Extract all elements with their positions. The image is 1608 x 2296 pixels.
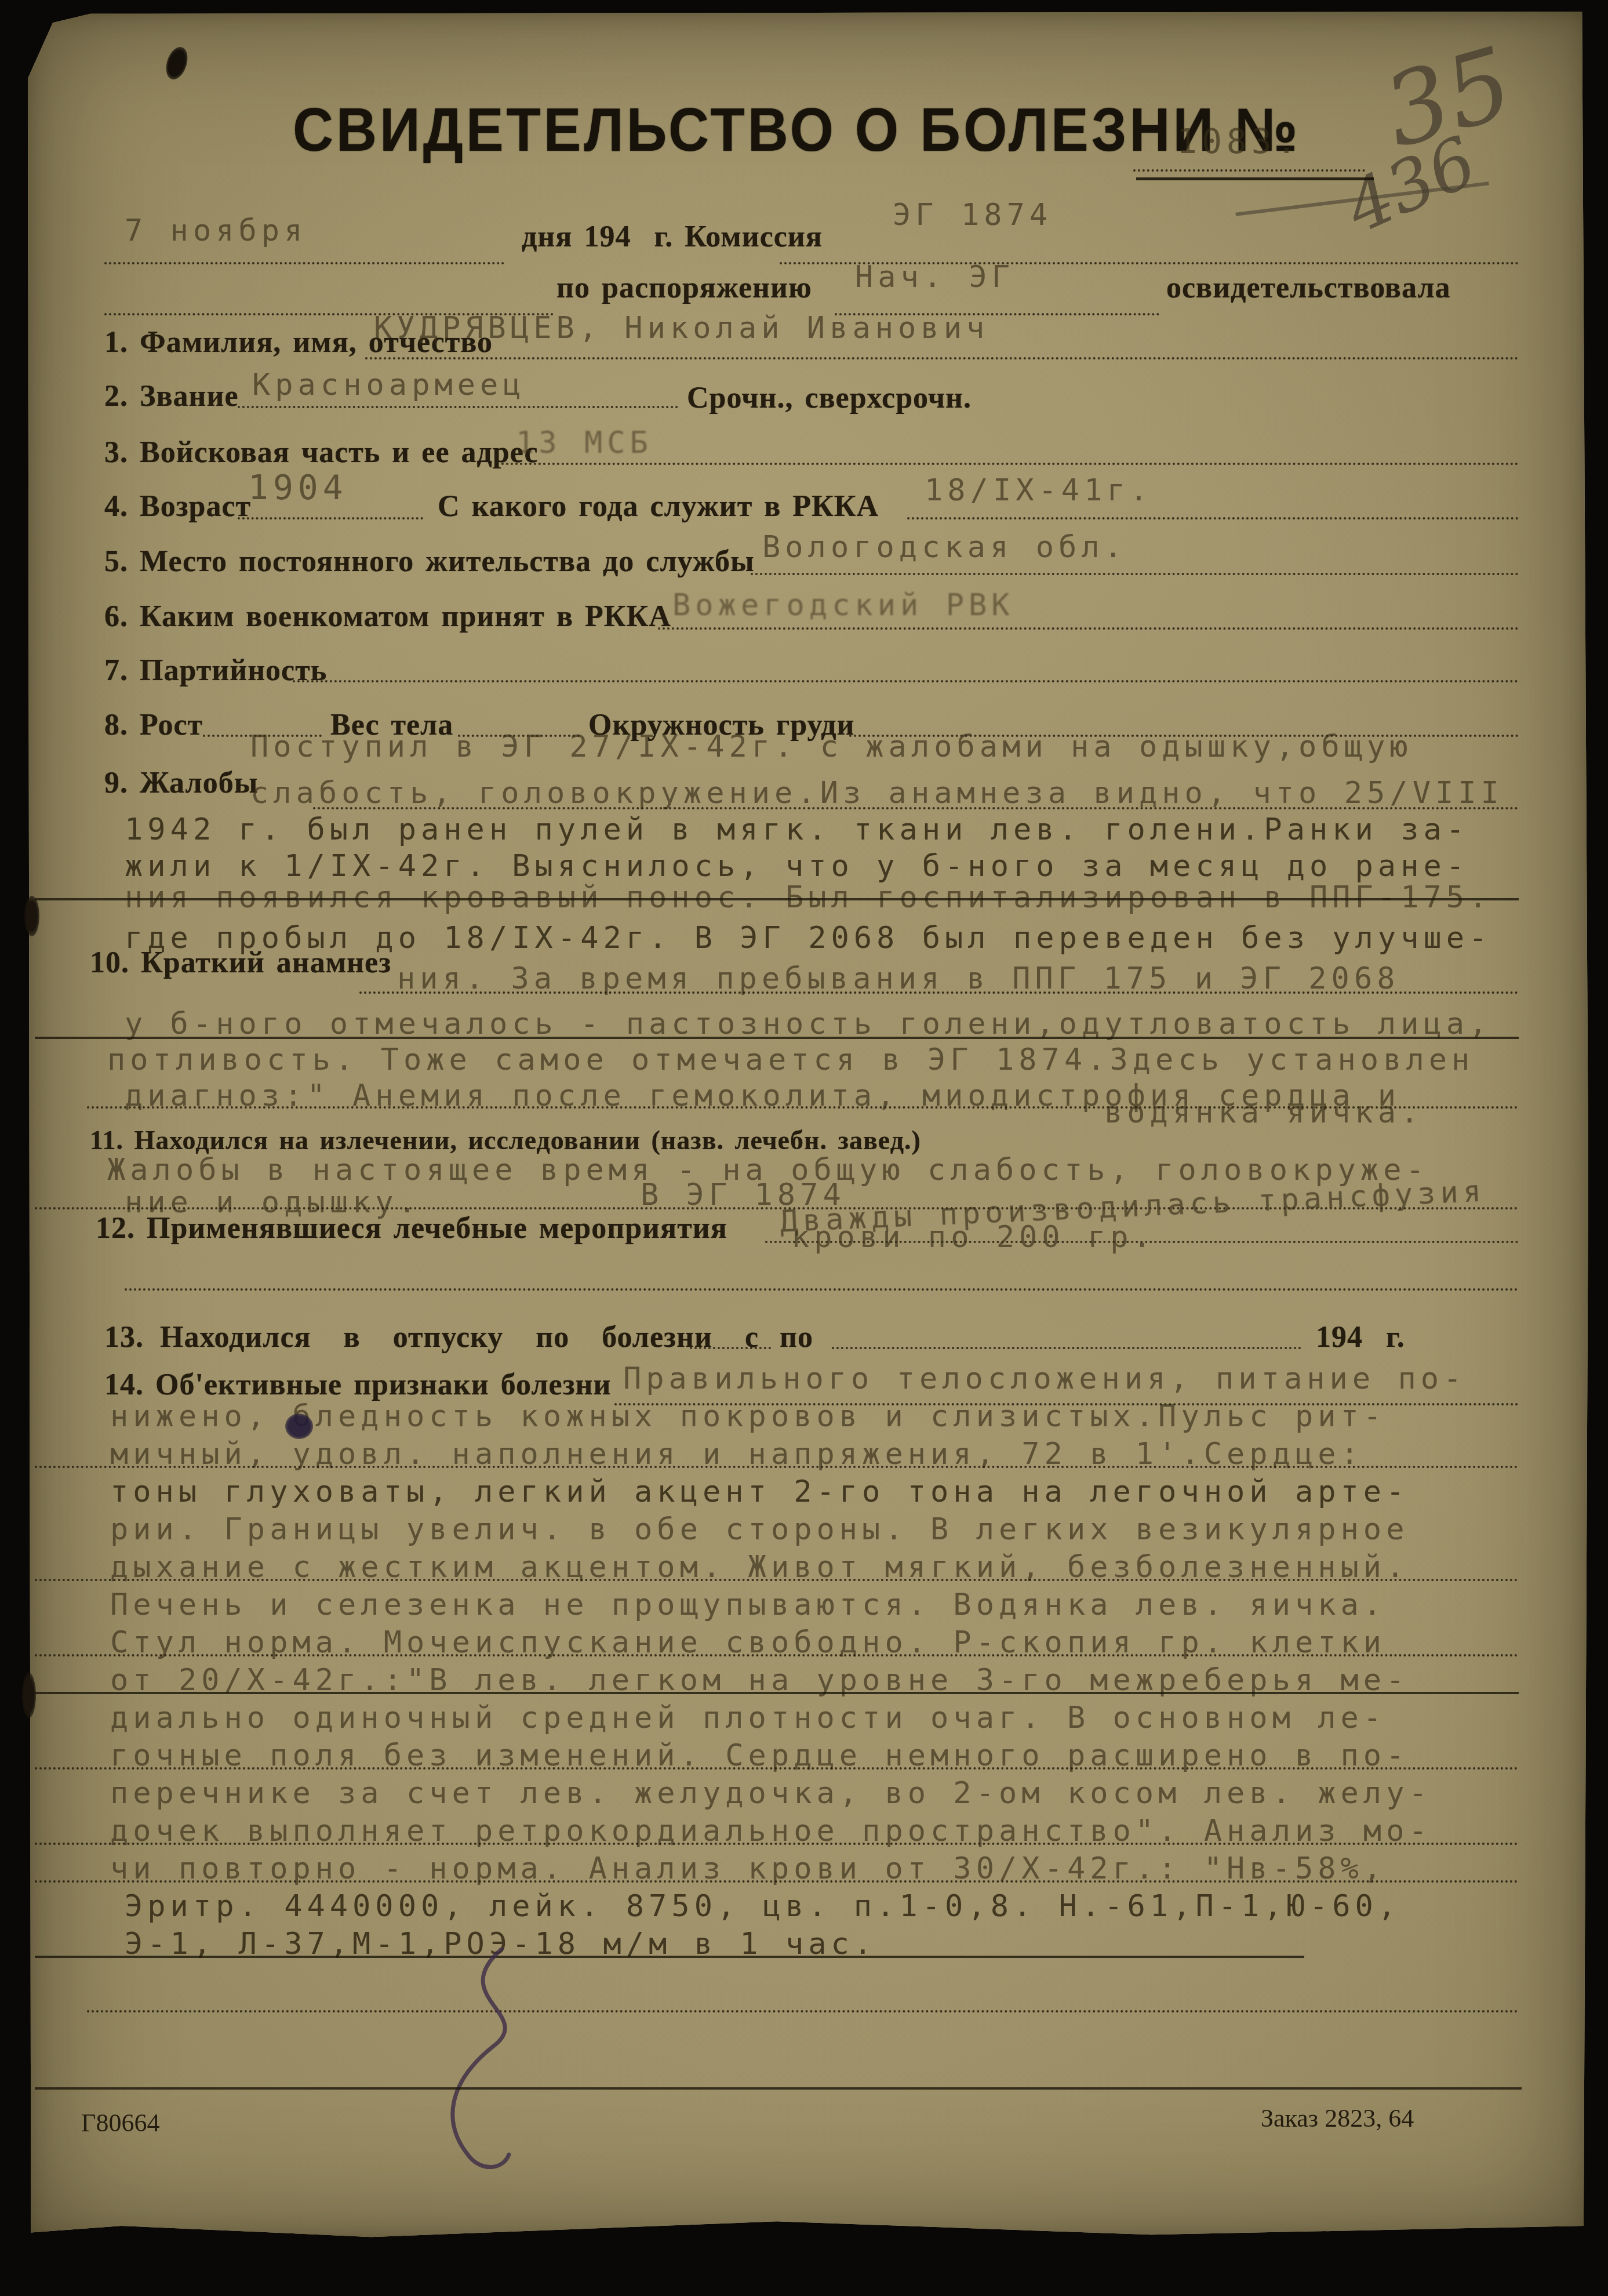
field-3-value: 13 МСБ [516, 428, 653, 458]
field-10-label: 10. Краткий анамнез [90, 946, 391, 979]
ruled-line [35, 898, 1519, 900]
typed-line: от 20/X-42г.:"В лев. легком на уровне 3-… [110, 1665, 1409, 1695]
field-6-label: 6. Каким военкоматом принят в РККА [104, 600, 671, 633]
certificate-number: 1083. [1177, 125, 1301, 158]
field-3-rule [501, 463, 1519, 465]
typed-line: дыхание с жестким акцентом. Живот мягкий… [110, 1552, 1409, 1582]
typed-line: потливость. Тоже самое отмечается в ЭГ 1… [107, 1045, 1474, 1075]
ruled-line [35, 1880, 1519, 1883]
field-13-mid-label: по [780, 1321, 813, 1354]
typed-line: дочек выполняет ретрокордиальное простра… [110, 1816, 1432, 1846]
field-6-rule [658, 627, 1519, 630]
ruled-line [35, 1767, 1519, 1770]
typed-line: Поступил в ЭГ 27/IX-42г. с жалобами на о… [250, 732, 1413, 762]
field-4-rule-right [907, 517, 1519, 519]
ink-blot [285, 1414, 313, 1439]
order-label: по распоряжению [556, 271, 812, 304]
field-11-label: 11. Находился на излечении, исследовании… [90, 1126, 921, 1156]
field-5-value: Вологодская обл. [762, 532, 1127, 562]
field-2-suffix: Срочн., сверхсрочн. [687, 382, 972, 415]
typed-line: мичный, удовл. наполнения и напряжения, … [110, 1439, 1363, 1469]
typed-line: рии. Границы увелич. в обе стороны. В ле… [110, 1514, 1409, 1545]
field-10-rule [359, 991, 1519, 994]
typed-line: крови по 200 гр. [791, 1222, 1156, 1252]
field-7-rule [293, 680, 1519, 682]
typed-line: 1942 г. был ранен пулей в мягк. ткани ле… [125, 815, 1469, 845]
field-1-rule [365, 357, 1519, 359]
field-2-rule [238, 406, 678, 408]
typed-line: ния. За время пребывания в ППГ 175 и ЭГ … [397, 964, 1400, 994]
field-2-label: 2. Звание [104, 380, 239, 413]
print-order-imprint: Заказ 2823, 64 [1261, 2106, 1414, 2131]
typed-line: тоны глуховаты, легкий акцент 2-го тона … [110, 1477, 1409, 1507]
field-12-label: 12. Применявшиеся лечебные мероприятия [96, 1212, 727, 1245]
ruled-line [35, 1654, 1519, 1656]
number-underline-2 [1136, 177, 1374, 180]
edge-tear-mark [24, 896, 39, 936]
ruled-line [35, 2087, 1522, 2090]
field-2-value: Красноармеец [252, 370, 526, 400]
field-5-label: 5. Место постоянного жительства до служб… [104, 545, 755, 578]
field-9-rule [313, 807, 1519, 809]
field-1-value: КУДРЯВЦЕВ, Николай Иванович [374, 313, 989, 343]
field-4-label2: С какого года служит в РККА [438, 490, 879, 523]
typed-line: Стул норма. Мочеиспускание свободно. Р-с… [110, 1627, 1386, 1658]
field-4-rule-left [238, 517, 423, 519]
edge-tear-mark [22, 1673, 36, 1718]
typed-line: Эритр. 4440000, лейк. 8750, цв. п.1-0,8.… [125, 1891, 1400, 1921]
field-4-value2: 18/IX-41г. [925, 475, 1152, 506]
field-14-label: 14. Об'ективные признаки болезни [104, 1368, 611, 1401]
document-title: СВИДЕТЕЛЬСТВО О БОЛЕЗНИ № [293, 99, 1300, 160]
ruled-line [35, 1466, 1519, 1468]
ruled-line [35, 1692, 1519, 1694]
ruled-line [125, 1288, 1519, 1291]
typed-line: диально одиночный средней плотности очаг… [110, 1703, 1386, 1733]
commission-value: ЭГ 1874 [893, 200, 1052, 230]
typed-line: Печень и селезенка не прощупываются. Вод… [110, 1590, 1386, 1620]
field-13-year-label: 194 г. [1316, 1321, 1405, 1354]
typed-line: жили к 1/IX-42г. Выяснилось, что у б-ног… [125, 851, 1469, 881]
field-13-label: 13. Находился в отпуску по болезни с [104, 1321, 759, 1354]
field-4-label: 4. Возраст [104, 490, 251, 523]
field-13-rule-1 [690, 1347, 771, 1349]
field-4-value: 1904 [248, 471, 348, 504]
ruled-line [35, 1843, 1519, 1845]
date-rule [104, 262, 504, 264]
ruled-line [35, 1956, 1304, 1958]
ruled-line [35, 1579, 1519, 1581]
order-value: Нач. ЭГ [855, 262, 1014, 292]
typed-line: водянка яичка. [1104, 1098, 1423, 1128]
form-imprint-code: Г80664 [81, 2110, 159, 2136]
date-day-value: 7 ноября [125, 216, 307, 246]
date-label: дня 194 г. Комиссия [522, 220, 823, 253]
ruled-line [87, 2010, 1519, 2012]
typed-line: гочные поля без изменений. Сердце немног… [110, 1741, 1409, 1771]
typed-line: перечнике за счет лев. желудочка, во 2-о… [110, 1778, 1432, 1808]
typed-line: Правильного телосложения, питание по- [623, 1364, 1466, 1394]
scanned-document: 35 436 СВИДЕТЕЛЬСТВО О БОЛЕЗНИ № 1083. 7… [0, 0, 1608, 2296]
typed-line: чи повторно - норма. Анализ крови от 30/… [110, 1854, 1386, 1884]
witness-label: освидетельствовала [1166, 271, 1451, 304]
field-6-value: Вожегодский РВК [672, 590, 1014, 620]
field-3-label: 3. Войсковая часть и ее адрес [104, 436, 539, 469]
field-9-label: 9. Жалобы [104, 766, 258, 800]
typed-line: ния появился кровавый понос. Был госпита… [125, 882, 1491, 913]
field-8-label: 8. Рост [104, 709, 203, 742]
handwritten-flourish [406, 1942, 591, 2186]
field-13-rule-2 [832, 1347, 1301, 1349]
typed-line: слабость, головокружение.Из анамнеза вид… [250, 778, 1504, 808]
number-underline [1133, 169, 1365, 172]
typed-line: у б-ного отмечалось - пастозность голени… [125, 1009, 1491, 1039]
ruled-line [35, 1037, 1519, 1039]
field-5-rule [751, 573, 1519, 575]
